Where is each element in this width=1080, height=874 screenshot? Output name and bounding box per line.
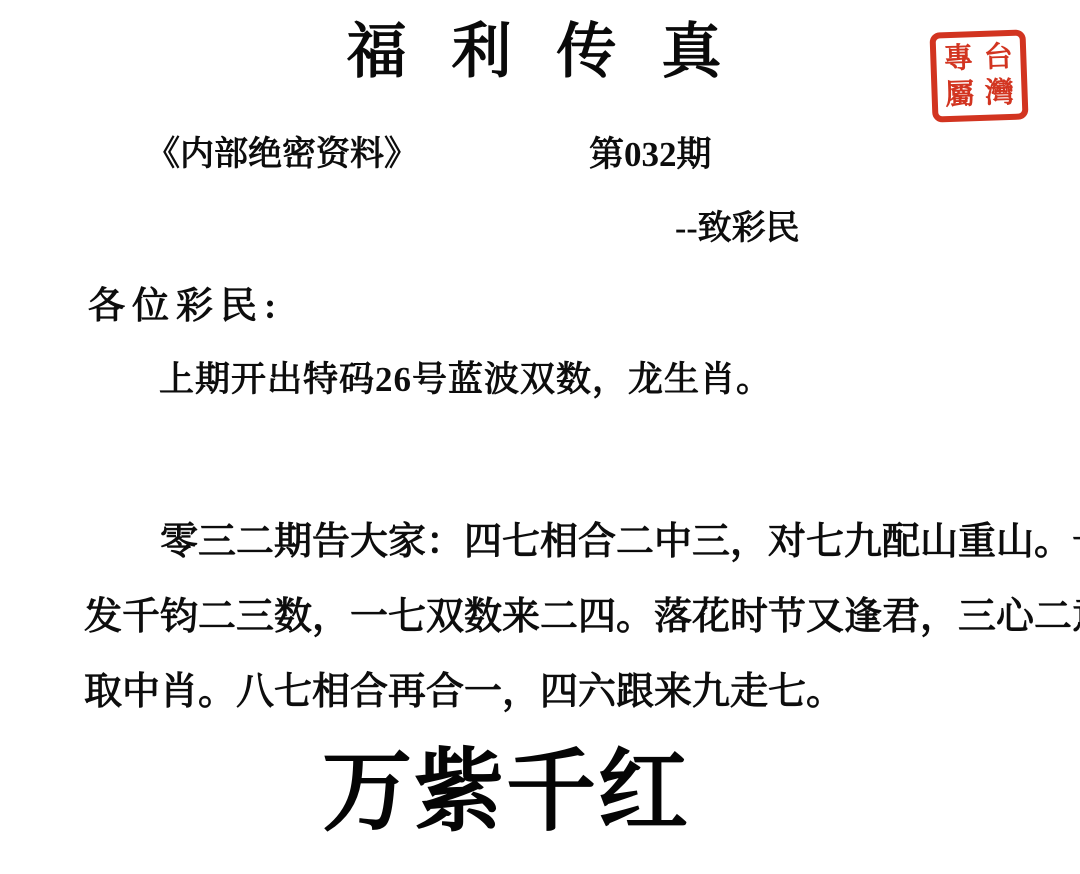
previous-result-line: 上期开出特码26号蓝波双数，龙生肖。 [159, 362, 772, 397]
footer-headline: 万紫千红 [322, 748, 690, 838]
seal-char-top-left: 專 [943, 44, 973, 74]
classification-label: 《内部绝密资料》 [146, 138, 418, 172]
message-line: 零三二期告大家：四七相合二中三，对七九配山重山。一 [160, 523, 1080, 561]
dedication-line: --致彩民 [675, 212, 800, 246]
page-title: 福 利 传 真 [0, 22, 1080, 82]
salutation-line: 各位彩民: [88, 288, 283, 325]
fax-document: 福 利 传 真 專 台 屬 灣 《内部绝密资料》 第032期 --致彩民 各位彩… [0, 0, 1080, 874]
seal-char-bottom-left: 屬 [945, 80, 975, 110]
seal-char-top-right: 台 [983, 42, 1013, 72]
taiwan-exclusive-seal-stamp: 專 台 屬 灣 [929, 29, 1028, 122]
message-line: 发千钧二三数，一七双数来二四。落花时节又逢君，三心二意 [84, 598, 1080, 636]
message-line: 取中肖。八七相合再合一，四六跟来九走七。 [84, 673, 844, 711]
issue-number: 第032期 [589, 137, 712, 172]
seal-char-bottom-right: 灣 [985, 78, 1015, 108]
